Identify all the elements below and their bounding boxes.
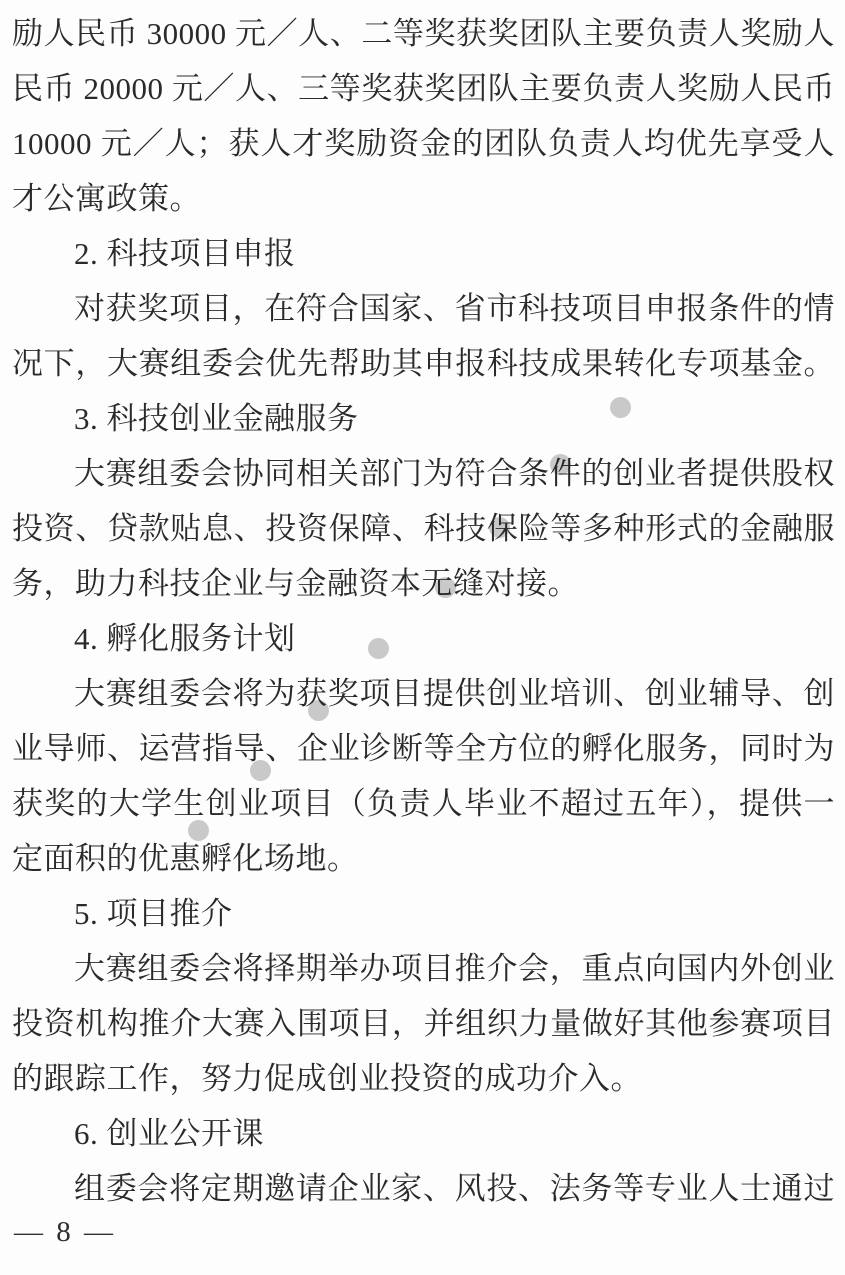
text-line-15: 获奖的大学生创业项目（负责人毕业不超过五年），提供一 <box>12 776 835 831</box>
text-line-18: 大赛组委会将择期举办项目推介会，重点向国内外创业 <box>12 941 835 996</box>
text-line-20: 的跟踪工作，努力促成创业投资的成功介入。 <box>12 1051 835 1106</box>
text-line-14: 业导师、运营指导、企业诊断等全方位的孵化服务，同时为 <box>12 721 835 776</box>
text-line-21: 6. 创业公开课 <box>12 1106 835 1161</box>
text-line-5: 2. 科技项目申报 <box>12 226 835 281</box>
text-line-22: 组委会将定期邀请企业家、风投、法务等专业人士通过 <box>12 1161 835 1216</box>
text-line-12: 4. 孵化服务计划 <box>12 611 835 666</box>
text-line-19: 投资机构推介大赛入围项目，并组织力量做好其他参赛项目 <box>12 996 835 1051</box>
text-line-9: 大赛组委会协同相关部门为符合条件的创业者提供股权 <box>12 446 835 501</box>
text-line-1: 励人民币 30000 元／人、二等奖获奖团队主要负责人奖励人 <box>12 6 835 61</box>
text-line-11: 务，助力科技企业与金融资本无缝对接。 <box>12 556 835 611</box>
text-line-6: 对获奖项目，在符合国家、省市科技项目申报条件的情 <box>12 281 835 336</box>
text-line-17: 5. 项目推介 <box>12 886 835 941</box>
text-line-16: 定面积的优惠孵化场地。 <box>12 831 835 886</box>
document-page: 励人民币 30000 元／人、二等奖获奖团队主要负责人奖励人民币 20000 元… <box>0 0 845 1275</box>
text-line-13: 大赛组委会将为获奖项目提供创业培训、创业辅导、创 <box>12 666 835 721</box>
text-line-4: 才公寓政策。 <box>12 171 835 226</box>
text-line-3: 10000 元／人；获人才奖励资金的团队负责人均优先享受人 <box>12 116 835 171</box>
text-line-2: 民币 20000 元／人、三等奖获奖团队主要负责人奖励人民币 <box>12 61 835 116</box>
document-text-block: 励人民币 30000 元／人、二等奖获奖团队主要负责人奖励人民币 20000 元… <box>12 6 835 1216</box>
text-line-8: 3. 科技创业金融服务 <box>12 391 835 446</box>
text-line-10: 投资、贷款贴息、投资保障、科技保险等多种形式的金融服 <box>12 501 835 556</box>
page-number: — 8 — <box>14 1212 116 1252</box>
text-line-7: 况下，大赛组委会优先帮助其申报科技成果转化专项基金。 <box>12 336 835 391</box>
